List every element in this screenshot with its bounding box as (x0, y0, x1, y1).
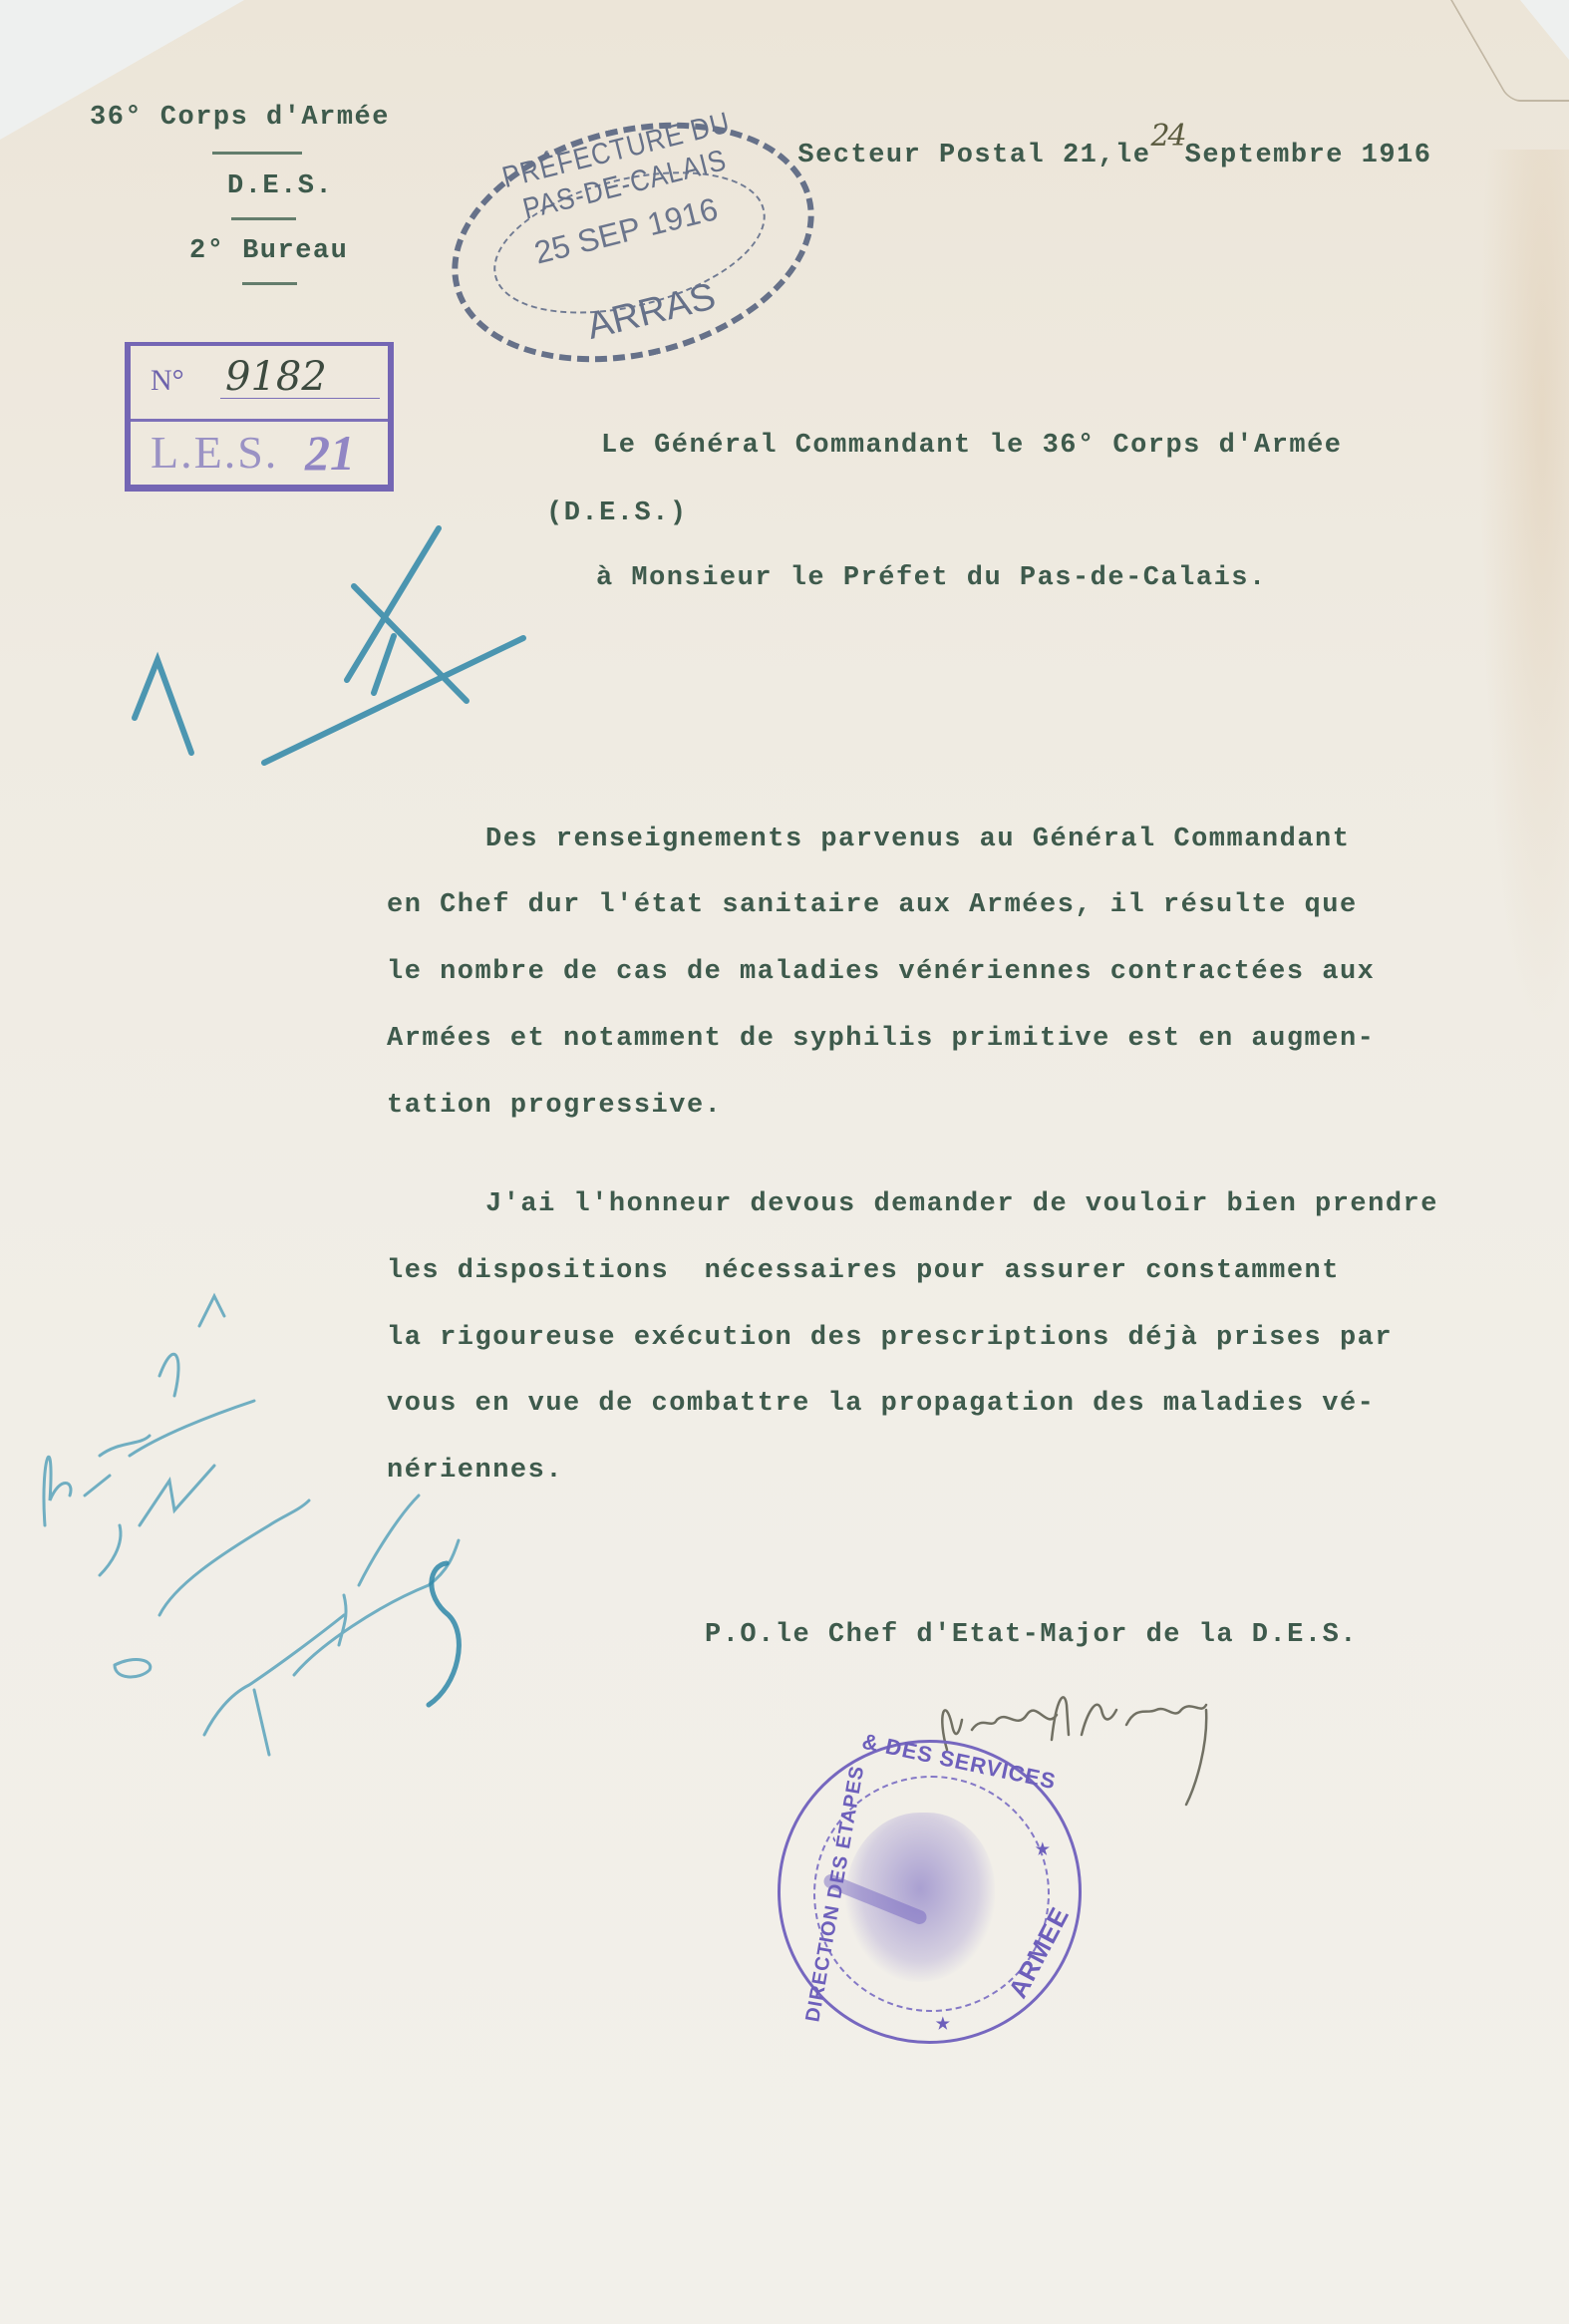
des-army-seal: & DES SERVICES DIRECTION DES ÉTAPES ARME… (778, 1740, 1082, 2044)
body-paragraph-2-line-4: vous en vue de combattre la propagation … (387, 1389, 1375, 1419)
body-paragraph-2-line-2: les dispositions nécessaires pour assure… (387, 1256, 1340, 1286)
body-paragraph-1-line-3: le nombre de cas de maladies vénériennes… (387, 957, 1375, 987)
blue-crayon-marks (0, 0, 1569, 2324)
body-paragraph-1-line-2: en Chef dur l'état sanitaire aux Armées,… (387, 890, 1358, 920)
crayon-mark-1-icon (135, 660, 191, 753)
signature-line: P.O.le Chef d'Etat-Major de la D.E.S. (705, 1620, 1358, 1650)
body-paragraph-1-line-5: tation progressive. (387, 1091, 722, 1121)
margin-note-initial-stroke (429, 1563, 459, 1705)
body-paragraph-2-line-3: la rigoureuse exécution des prescription… (387, 1323, 1393, 1353)
body-paragraph-1-line-4: Armées et notamment de syphilis primitiv… (387, 1024, 1375, 1054)
body-paragraph-2-line-1: J'ai l'honneur devous demander de vouloi… (485, 1189, 1438, 1219)
crayon-mark-4-stroke-d (264, 638, 523, 763)
crayon-mark-4-stroke-c (374, 636, 394, 693)
body-paragraph-2-line-5: nériennes. (387, 1456, 563, 1486)
seal-star-icon: ★ (1035, 1832, 1051, 1863)
seal-star-icon: ★ (935, 2007, 951, 2038)
body-paragraph-1-line-1: Des renseignements parvenus au Général C… (485, 825, 1350, 854)
